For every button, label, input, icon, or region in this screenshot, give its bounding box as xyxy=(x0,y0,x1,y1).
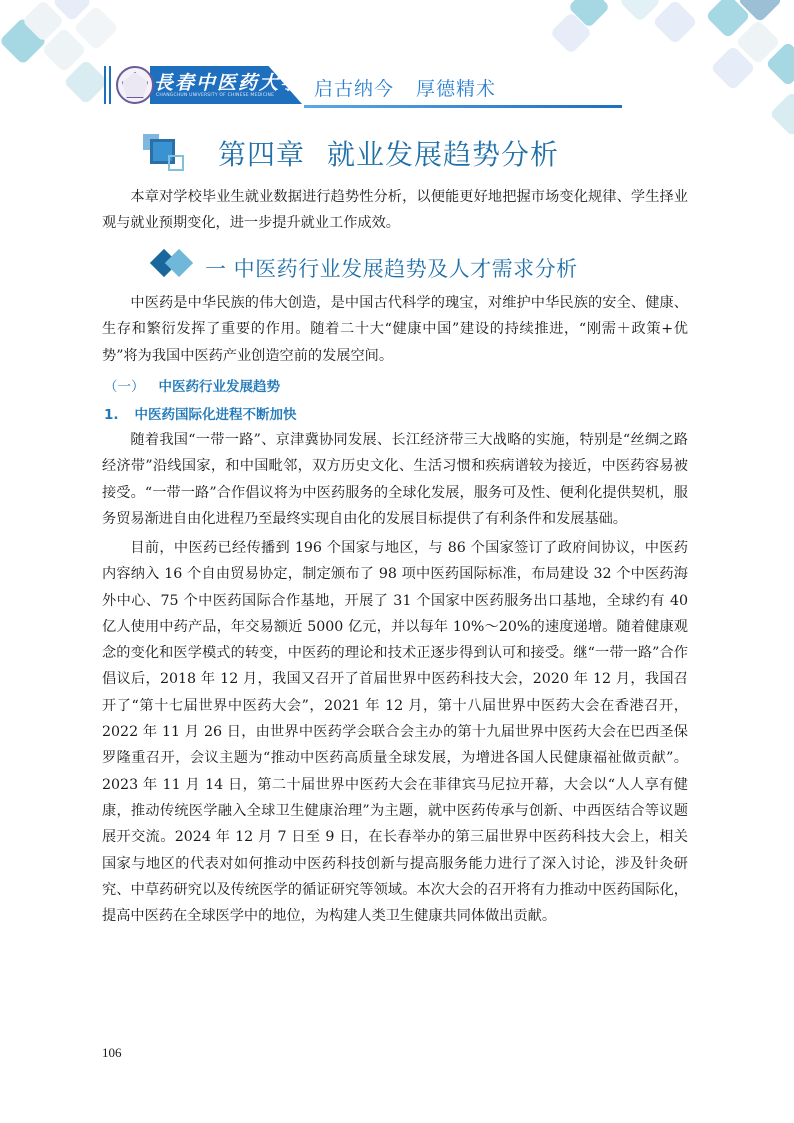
page-number: 106 xyxy=(102,1045,122,1061)
university-name-cn: 長春中医药大学 xyxy=(154,68,301,95)
page-header: 長春中医药大学 CHANGCHUN UNIVERSITY OF CHINESE … xyxy=(104,66,624,108)
university-name-en: CHANGCHUN UNIVERSITY OF CHINESE MEDICINE xyxy=(156,93,274,98)
chapter-title: 第四章就业发展趋势分析 xyxy=(218,133,559,173)
header-accent-bar xyxy=(109,66,111,104)
motto-part: 启古纳今 xyxy=(314,78,394,100)
chapter-number: 第四章 xyxy=(218,138,305,171)
subsection-number: （一） xyxy=(104,379,145,395)
body-paragraph: 目前，中医药已经传播到 196 个国家与地区，与 86 个国家签订了政府间协议，… xyxy=(102,535,688,929)
chapter-squares-icon xyxy=(143,134,191,176)
header-rule xyxy=(304,105,622,108)
subsection-title: 中医药行业发展趋势 xyxy=(159,379,281,395)
decor-diamond xyxy=(652,0,697,45)
university-seal-icon xyxy=(116,66,154,104)
chapter-name: 就业发展趋势分析 xyxy=(327,138,559,171)
item-title: 中医药国际化进程不断加快 xyxy=(135,407,297,423)
university-motto: 启古纳今厚德精术 xyxy=(314,74,496,101)
header-accent-bar xyxy=(104,66,106,104)
item-heading: 1.中医药国际化进程不断加快 xyxy=(104,403,297,423)
body-paragraph: 随着我国“一带一路”、京津冀协同发展、长江经济带三大战略的实施，特别是“丝绸之路… xyxy=(102,427,688,532)
section-diamonds-icon xyxy=(150,248,200,278)
item-number: 1. xyxy=(104,407,119,423)
section-paragraph: 中医药是中华民族的伟大创造，是中国古代科学的瑰宝，对维护中华民族的安全、健康、生… xyxy=(102,290,688,369)
section-title: 一 中医药行业发展趋势及人才需求分析 xyxy=(205,253,578,283)
subsection-heading: （一）中医药行业发展趋势 xyxy=(104,375,280,395)
intro-paragraph: 本章对学校毕业生就业数据进行趋势性分析，以便能更好地把握市场变化规律、学生择业观… xyxy=(102,184,688,237)
decor-diamond xyxy=(769,91,794,136)
motto-part: 厚德精术 xyxy=(416,78,496,100)
